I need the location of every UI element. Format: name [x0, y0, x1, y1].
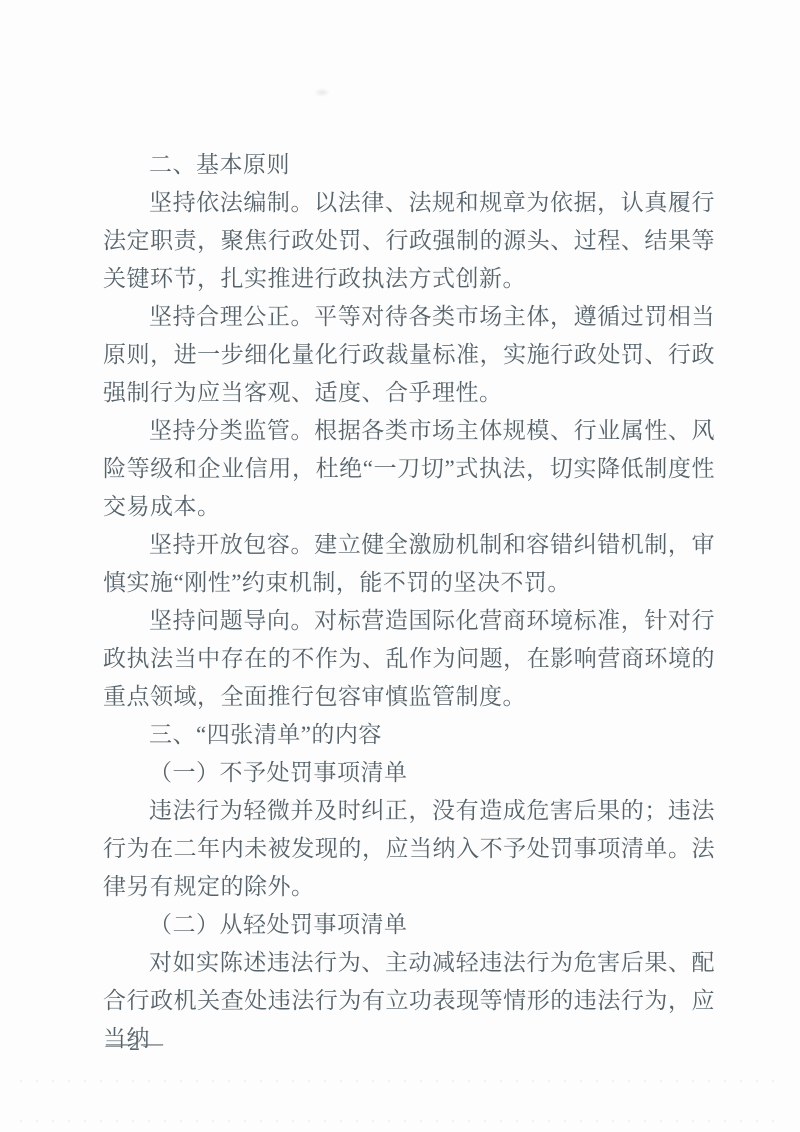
scan-artifact [20, 1120, 780, 1122]
paragraph: 坚持问题导向。对标营造国际化营商环境标准，针对行政执法当中存在的不作为、乱作为问… [103, 602, 715, 716]
section-heading: 三、“四张清单”的内容 [103, 716, 715, 754]
paragraph: 违法行为轻微并及时纠正，没有造成危害后果的；违法行为在二年内未被发现的，应当纳入… [103, 792, 715, 906]
paragraph: 坚持分类监管。根据各类市场主体规模、行业属性、风险等级和企业信用，杜绝“一刀切”… [103, 412, 715, 526]
page-number: —2— [106, 1030, 164, 1056]
paragraph: 坚持合理公正。平等对待各类市场主体，遵循过罚相当原则，进一步细化量化行政裁量标准… [103, 298, 715, 412]
sub-heading: （一）不予处罚事项清单 [103, 754, 715, 792]
document-page: 二、基本原则坚持依法编制。以法律、法规和规章为依据，认真履行法定职责，聚焦行政处… [0, 0, 800, 1132]
scan-artifact [20, 1080, 780, 1082]
sub-heading: （二）从轻处罚事项清单 [103, 906, 715, 944]
section-heading: 二、基本原则 [103, 146, 715, 184]
paragraph: 对如实陈述违法行为、主动减轻违法行为危害后果、配合行政机关查处违法行为有立功表现… [103, 944, 715, 1058]
paragraph: 坚持开放包容。建立健全激励机制和容错纠错机制，审慎实施“刚性”约束机制，能不罚的… [103, 526, 715, 602]
scan-artifact [314, 88, 330, 97]
document-body: 二、基本原则坚持依法编制。以法律、法规和规章为依据，认真履行法定职责，聚焦行政处… [103, 146, 715, 1058]
paragraph: 坚持依法编制。以法律、法规和规章为依据，认真履行法定职责，聚焦行政处罚、行政强制… [103, 184, 715, 298]
